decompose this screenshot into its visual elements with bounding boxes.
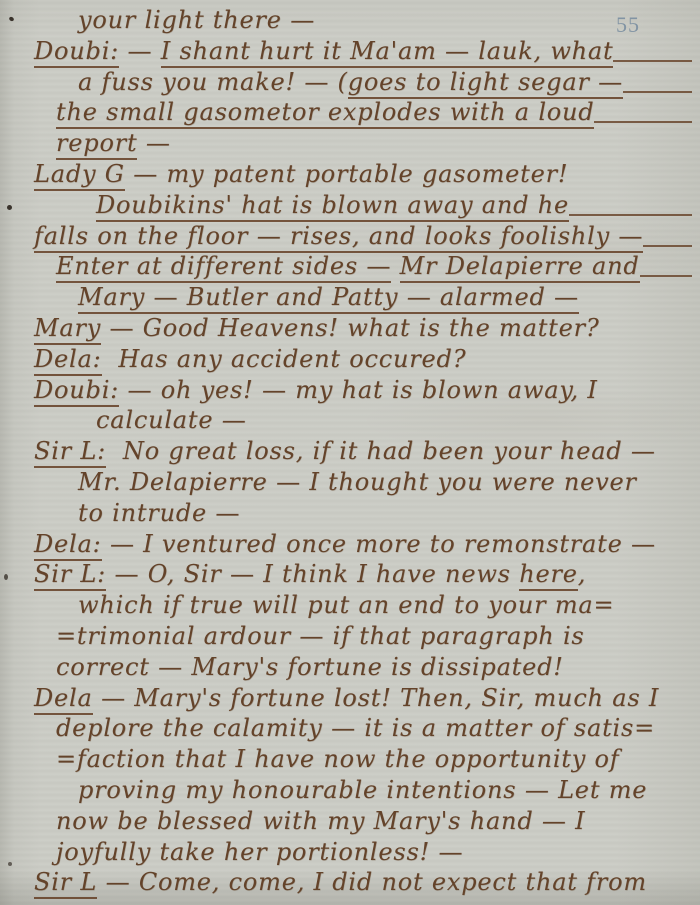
manuscript-line: correct — Mary's fortune is dissipated!: [0, 653, 700, 684]
handwritten-text: Dela:: [34, 530, 102, 561]
handwritten-text: — oh yes! — my hat is blown away, I: [119, 376, 598, 404]
underline-trail: [640, 274, 692, 277]
handwritten-text: Has any accident occured?: [102, 345, 467, 373]
handwritten-text: Mary: [34, 314, 101, 345]
underline-trail: [613, 59, 692, 62]
manuscript-line: to intrude —: [0, 499, 700, 530]
manuscript-line: now be blessed with my Mary's hand — I: [0, 807, 700, 838]
manuscript-line: report —: [0, 129, 700, 160]
handwritten-text: falls on the floor — rises, and looks fo…: [34, 222, 643, 253]
handwritten-text: =faction that I have now the opportunity…: [56, 745, 619, 773]
manuscript-page: 55 your light there —Doubi: — I shant hu…: [0, 0, 700, 905]
handwritten-text: proving my honourable intentions — Let m…: [78, 776, 647, 804]
handwritten-text: Mr. Delapierre — I thought you were neve…: [78, 468, 637, 496]
manuscript-line: =faction that I have now the opportunity…: [0, 745, 700, 776]
handwritten-text: No great loss, if it had been your head …: [106, 437, 656, 465]
handwritten-text: — O, Sir — I think I have news: [106, 560, 519, 588]
manuscript-line: Mr. Delapierre — I thought you were neve…: [0, 468, 700, 499]
handwritten-text: — I ventured once more to remonstrate —: [102, 530, 656, 558]
handwritten-text: correct — Mary's fortune is dissipated!: [56, 653, 564, 681]
underline-trail: [569, 213, 692, 216]
handwritten-text: Doubikins' hat is blown away and he: [96, 191, 569, 222]
handwritten-text: Dela:: [34, 345, 102, 376]
handwritten-text: Enter at different sides —: [56, 252, 391, 283]
handwritten-text: ,: [578, 560, 586, 588]
handwritten-text: report: [56, 129, 137, 160]
manuscript-line: Sir L: No great loss, if it had been you…: [0, 437, 700, 468]
handwritten-text: — Good Heavens! what is the matter?: [101, 314, 599, 342]
handwritten-text: joyfully take her portionless! —: [56, 838, 463, 866]
handwritten-text: Mary — Butler and Patty — alarmed —: [78, 283, 579, 314]
handwritten-text: — Come, come, I did not expect that from: [97, 868, 647, 896]
manuscript-line: your light there —: [0, 6, 700, 37]
manuscript-line: Doubikins' hat is blown away and he: [0, 191, 700, 222]
handwritten-text: here: [519, 560, 578, 591]
handwritten-text: Doubi:: [34, 376, 119, 407]
manuscript-line: Enter at different sides — Mr Delapierre…: [0, 252, 700, 283]
manuscript-line: falls on the floor — rises, and looks fo…: [0, 222, 700, 253]
handwritten-text: goes to light segar —: [348, 68, 623, 99]
manuscript-line: proving my honourable intentions — Let m…: [0, 776, 700, 807]
handwritten-text: [391, 252, 399, 280]
handwritten-text: —: [137, 129, 170, 157]
manuscript-line: Sir L: — O, Sir — I think I have news he…: [0, 560, 700, 591]
handwritten-text: Doubi:: [34, 37, 119, 68]
manuscript-line: Doubi: — oh yes! — my hat is blown away,…: [0, 376, 700, 407]
handwritten-text: Sir L:: [34, 437, 106, 468]
handwritten-text: Mr Delapierre and: [400, 252, 640, 283]
handwritten-text: the small gasometor explodes with a loud: [56, 98, 594, 129]
handwritten-text: — my patent portable gasometer!: [125, 160, 569, 188]
manuscript-line: the small gasometor explodes with a loud: [0, 98, 700, 129]
manuscript-line: Dela: Has any accident occured?: [0, 345, 700, 376]
manuscript-line: deplore the calamity — it is a matter of…: [0, 714, 700, 745]
handwritten-text: your light there —: [78, 6, 315, 34]
manuscript-line: Dela — Mary's fortune lost! Then, Sir, m…: [0, 684, 700, 715]
handwritten-text: a fuss you make! — (: [78, 68, 348, 96]
manuscript-line: Lady G — my patent portable gasometer!: [0, 160, 700, 191]
handwritten-text: Lady G: [34, 160, 125, 191]
manuscript-lines: your light there —Doubi: — I shant hurt …: [0, 6, 700, 899]
manuscript-line: Doubi: — I shant hurt it Ma'am — lauk, w…: [0, 37, 700, 68]
manuscript-line: a fuss you make! — (goes to light segar …: [0, 68, 700, 99]
handwritten-text: which if true will put an end to your ma…: [78, 591, 614, 619]
handwritten-text: Sir L:: [34, 560, 106, 591]
handwritten-text: =trimonial ardour — if that paragraph is: [56, 622, 585, 650]
handwritten-text: now be blessed with my Mary's hand — I: [56, 807, 585, 835]
handwritten-text: Dela: [34, 684, 93, 715]
manuscript-line: calculate —: [0, 406, 700, 437]
manuscript-line: Mary — Good Heavens! what is the matter?: [0, 314, 700, 345]
manuscript-line: joyfully take her portionless! —: [0, 838, 700, 869]
manuscript-line: Mary — Butler and Patty — alarmed —: [0, 283, 700, 314]
manuscript-line: Dela: — I ventured once more to remonstr…: [0, 530, 700, 561]
manuscript-line: =trimonial ardour — if that paragraph is: [0, 622, 700, 653]
manuscript-line: which if true will put an end to your ma…: [0, 591, 700, 622]
handwritten-text: Sir L: [34, 868, 97, 899]
underline-trail: [623, 90, 692, 93]
handwritten-text: — Mary's fortune lost! Then, Sir, much a…: [93, 684, 660, 712]
underline-trail: [594, 120, 692, 123]
handwritten-text: —: [119, 37, 161, 65]
handwritten-text: deplore the calamity — it is a matter of…: [56, 714, 655, 742]
handwritten-text: to intrude —: [78, 499, 240, 527]
handwritten-text: I shant hurt it Ma'am — lauk, what: [161, 37, 614, 68]
manuscript-line: Sir L — Come, come, I did not expect tha…: [0, 868, 700, 899]
handwritten-text: calculate —: [96, 406, 247, 434]
underline-trail: [643, 244, 692, 247]
